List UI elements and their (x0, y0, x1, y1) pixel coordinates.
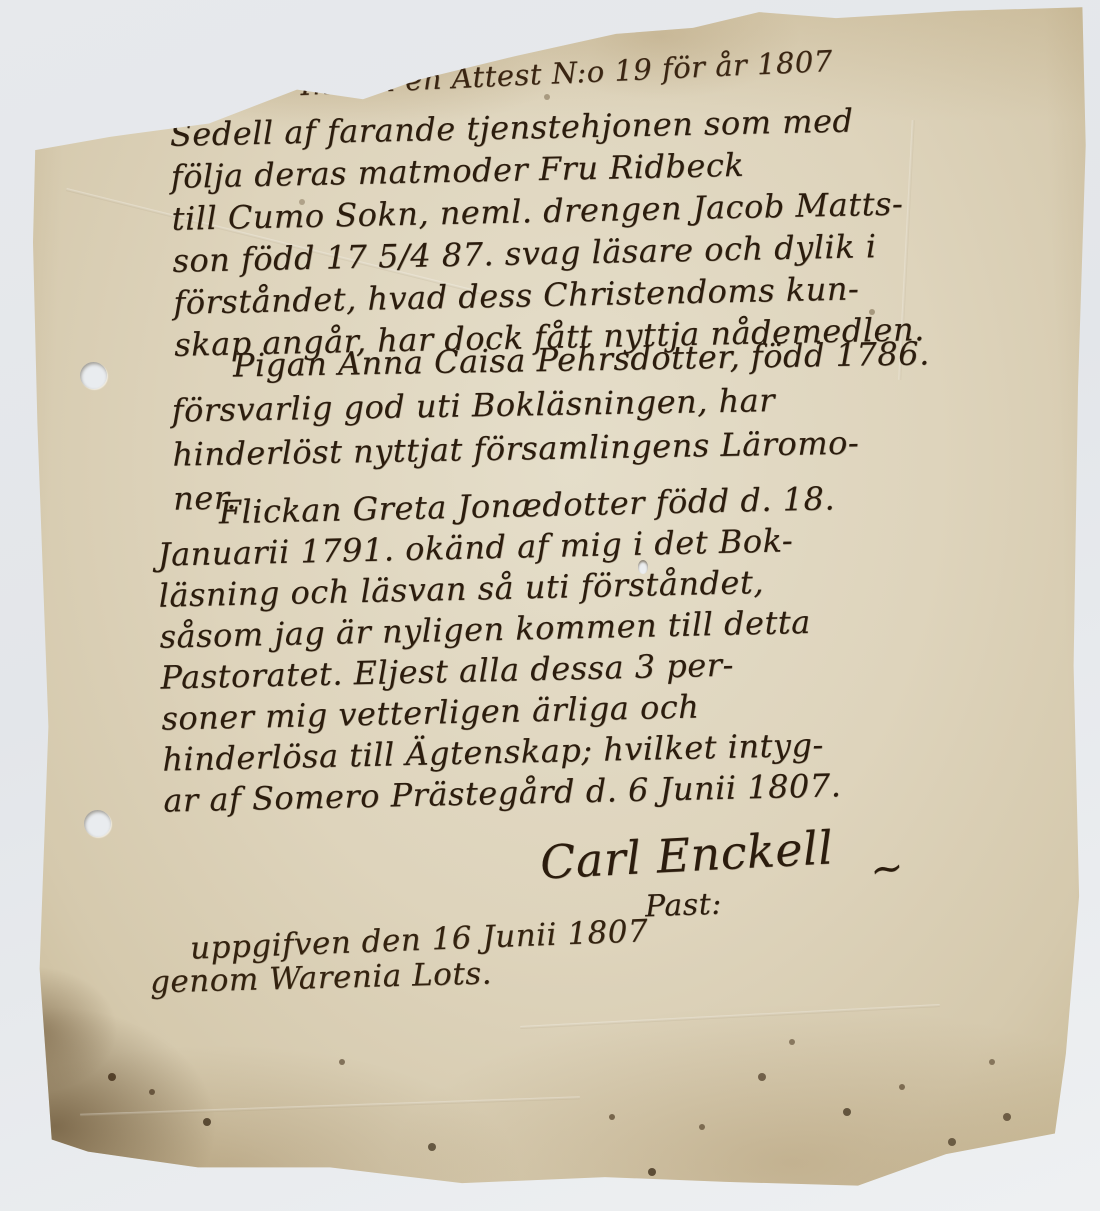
paper-crease (520, 1004, 940, 1029)
paper-sheet: Inkom en Attest N:o 19 för år 1807 Sedel… (0, 0, 1100, 1211)
paper-tear-hole (638, 560, 648, 574)
paper-crease (80, 1096, 580, 1116)
attest-header: Inkom en Attest N:o 19 för år 1807 (300, 44, 834, 102)
stain-specks (0, 0, 4, 4)
punch-hole-top (80, 362, 107, 389)
signature-name: Carl Enckell (539, 820, 835, 889)
punch-hole-bottom (84, 810, 111, 837)
paragraph-servant-jacob: Sedell af farande tjenstehjonen som med … (169, 98, 925, 366)
photo-of-document: Inkom en Attest N:o 19 för år 1807 Sedel… (0, 0, 1100, 1211)
signature-flourish: ~ (867, 844, 905, 894)
paragraph-girl-greta: Flickan Greta Jonædotter född d. 18. Jan… (156, 478, 842, 821)
signature-title: Past: (644, 887, 722, 925)
footer-clerk-line: genom Warenia Lots. (150, 956, 493, 1001)
